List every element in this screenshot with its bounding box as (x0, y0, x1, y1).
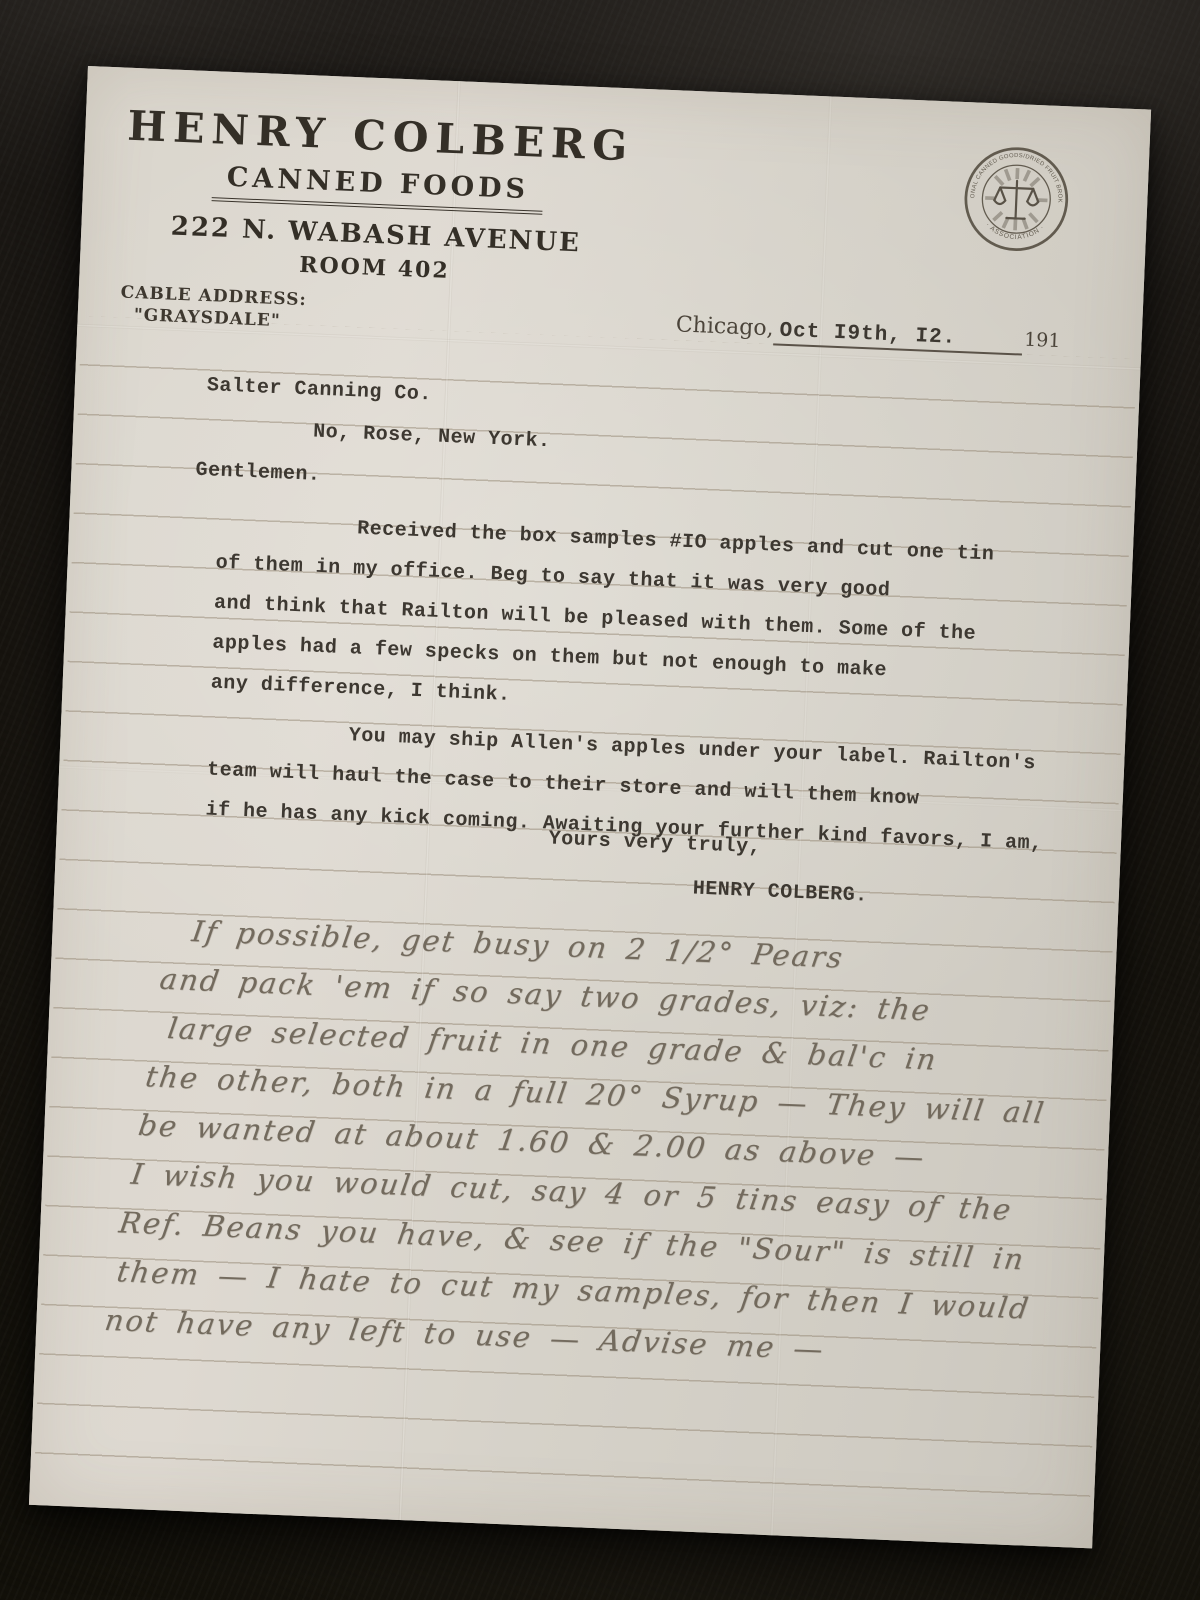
letter-body: Received the box samples #IO apples and … (205, 504, 1108, 867)
association-seal: NATIONAL CANNED GOODS/DRIED FRUIT BROKER… (959, 142, 1073, 256)
letterhead: HENRY COLBERG CANNED FOODS 222 N. WABASH… (119, 102, 633, 346)
typed-date: Oct I9th, I2. (779, 320, 957, 350)
recipient-city: No, Rose, New York. (313, 418, 552, 457)
handwritten-note: If possible, get busy on 2 1/2° Pears an… (96, 906, 1120, 1384)
salutation: Gentlemen. (195, 456, 549, 499)
company-business: CANNED FOODS (212, 161, 544, 215)
dateline-city-label: Chicago, (675, 312, 774, 341)
date-underline-gap (956, 343, 1018, 346)
signature-name: HENRY COLBERG. (692, 877, 868, 907)
recipient-block: Salter Canning Co. No, Rose, New York. G… (195, 371, 553, 499)
year-label: 191 (1024, 329, 1061, 352)
letter-paper: HENRY COLBERG CANNED FOODS 222 N. WABASH… (29, 66, 1151, 1548)
date-underline: Oct I9th, I2. (773, 319, 1023, 355)
recipient-name: Salter Canning Co. (206, 371, 552, 414)
